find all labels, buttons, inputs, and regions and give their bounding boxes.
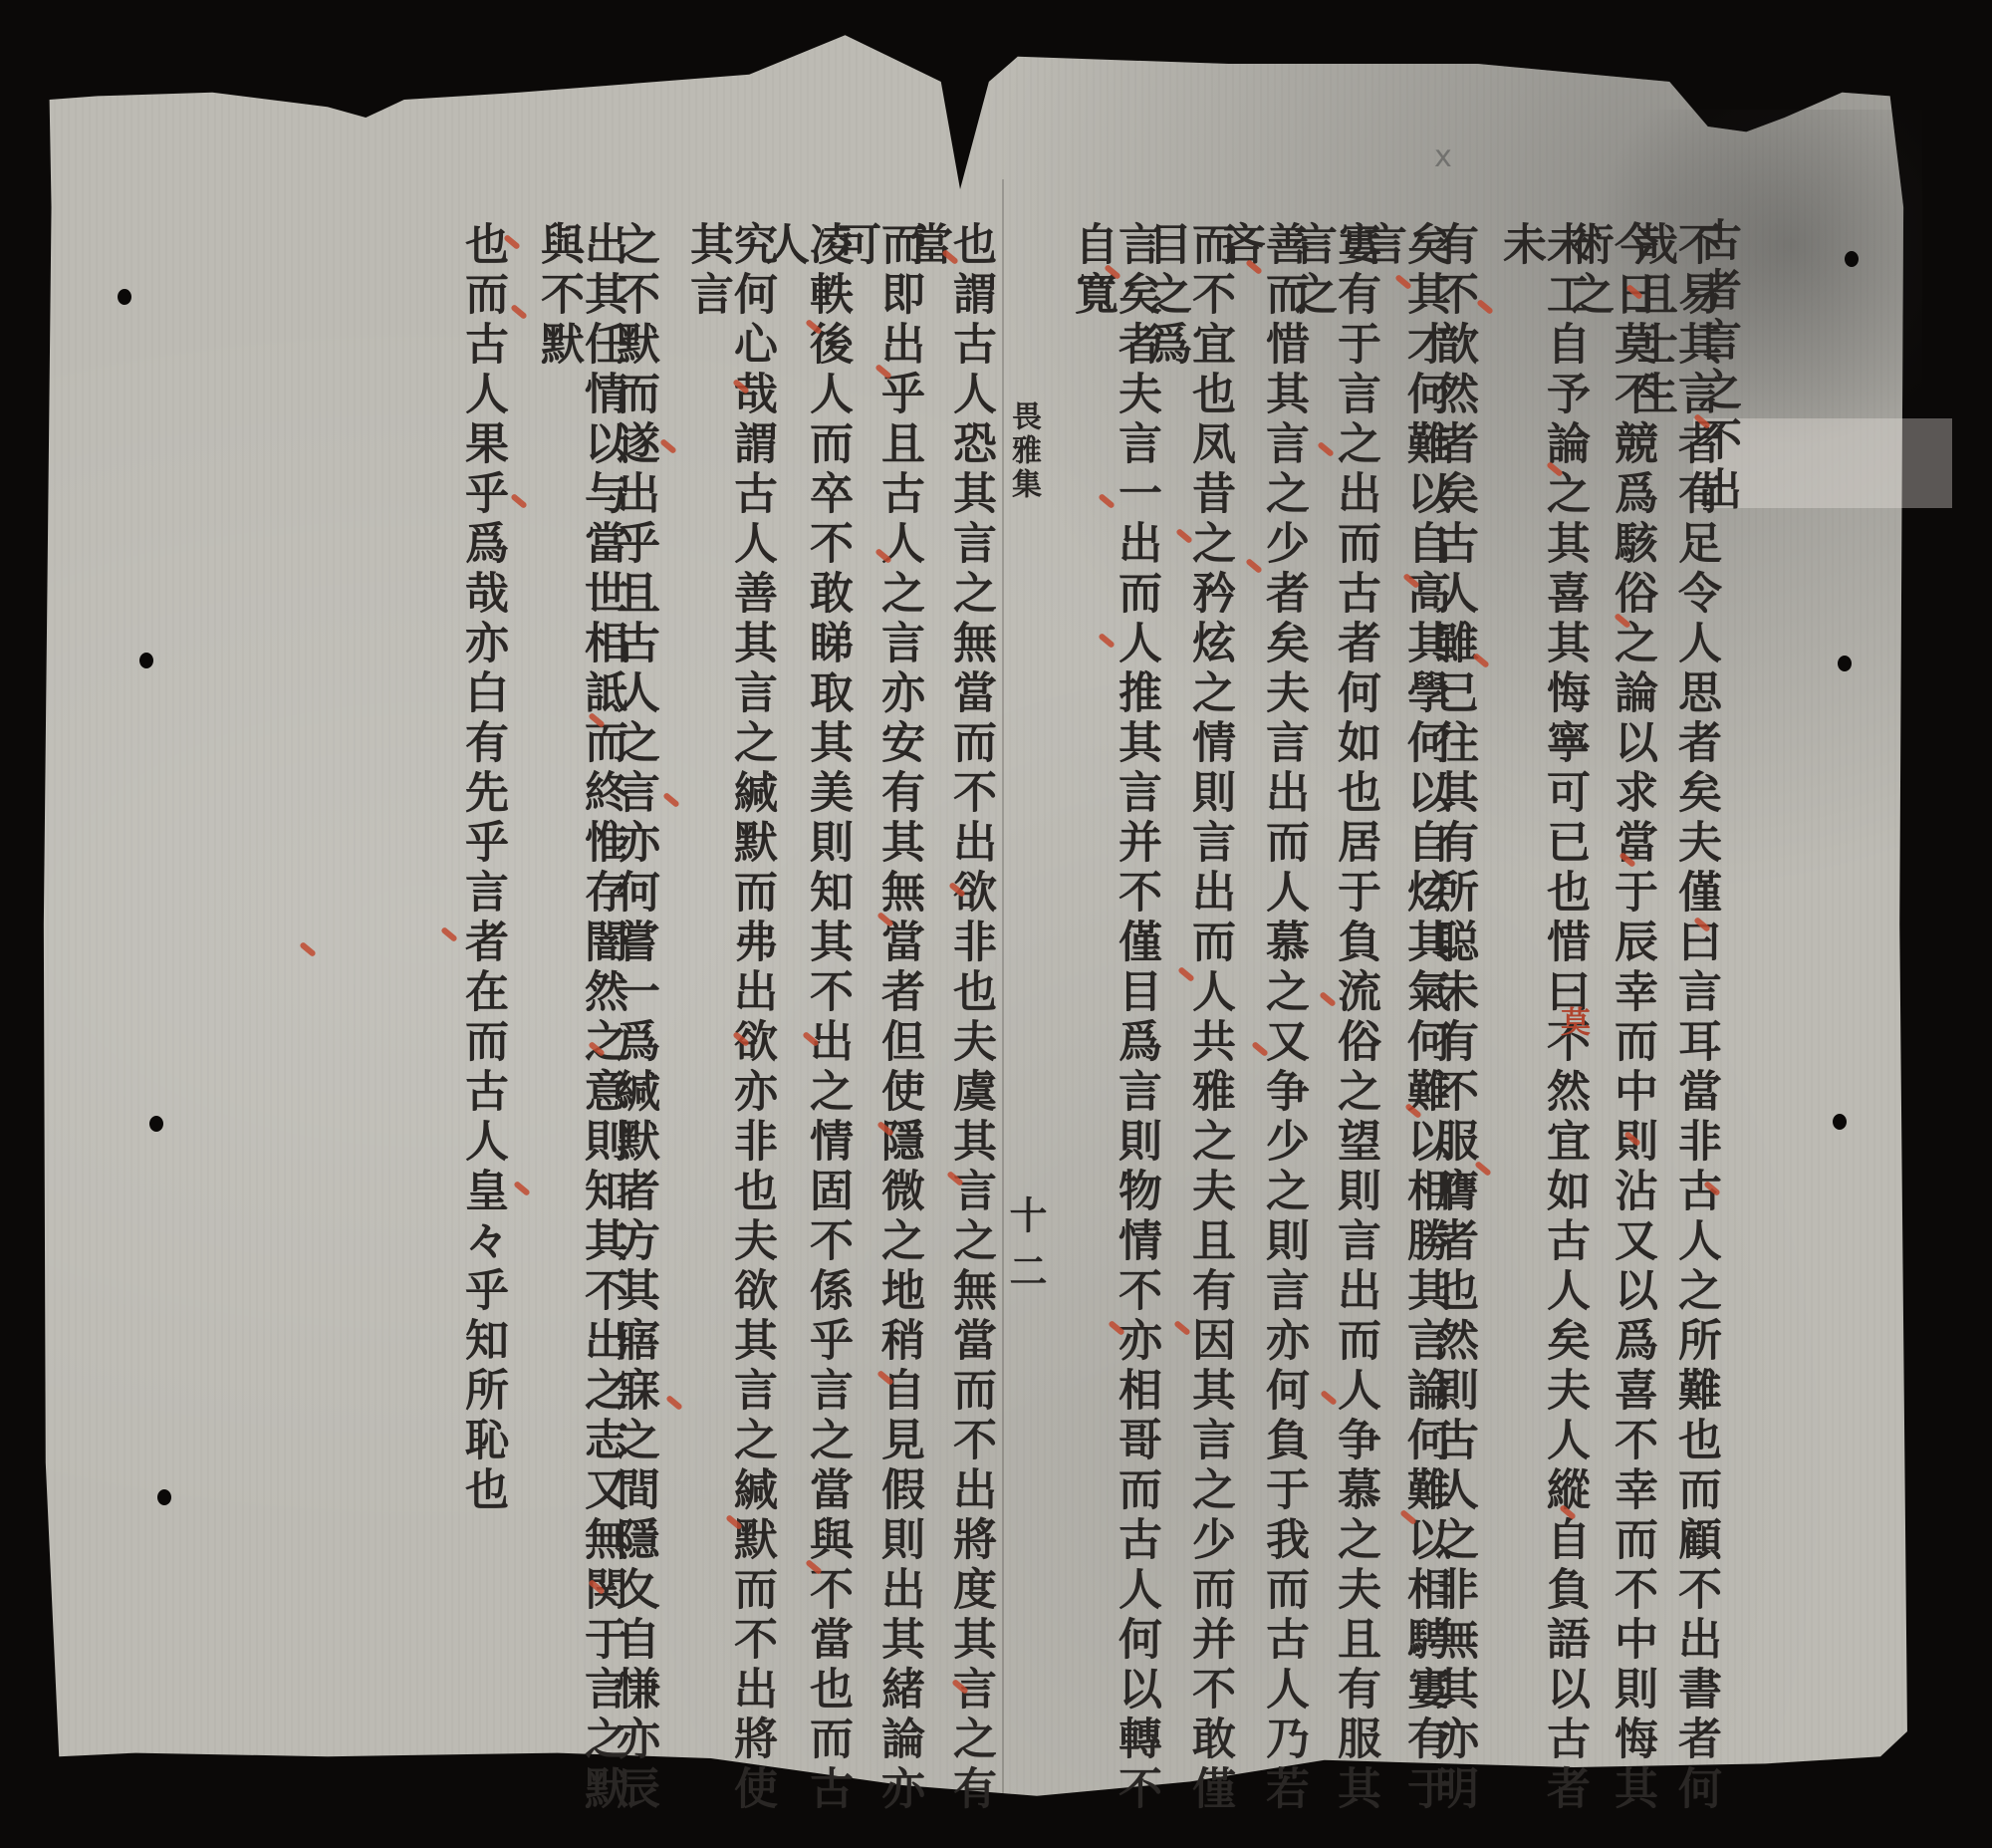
binding-hole <box>139 653 153 668</box>
binding-hole <box>157 1489 171 1505</box>
binding-hole <box>118 289 131 305</box>
text-column: 出其任情以与當世相詆而終惟存闇然之意則知其不出之志又無関于言之默與不默 <box>536 221 623 1848</box>
center-fold-line <box>1002 179 1004 1793</box>
text-column: 究何心哉謂古人善其言之緘默而弗出欲亦非也夫欲其言之緘默而不出將使其言 <box>685 221 773 1848</box>
text-column: 也而古人果乎爲哉亦白有先乎言者在而古人皇々乎知所恥也 <box>460 221 504 1516</box>
binding-hole <box>1845 251 1859 267</box>
binding-hole <box>1838 656 1852 671</box>
pencil-mark: x <box>1434 139 1452 174</box>
red-correction-note: 莫 <box>1550 1006 1594 1036</box>
source-label: 畏雅集 <box>1008 400 1038 502</box>
binding-hole <box>1833 1114 1847 1130</box>
text-column: 言矣者夫言一出而人推其言并不僅目爲言則物情不亦相哥而古人何以轉不自寬 <box>1070 221 1157 1848</box>
folio-number: 十二 <box>1006 1195 1044 1307</box>
binding-hole <box>149 1116 163 1132</box>
